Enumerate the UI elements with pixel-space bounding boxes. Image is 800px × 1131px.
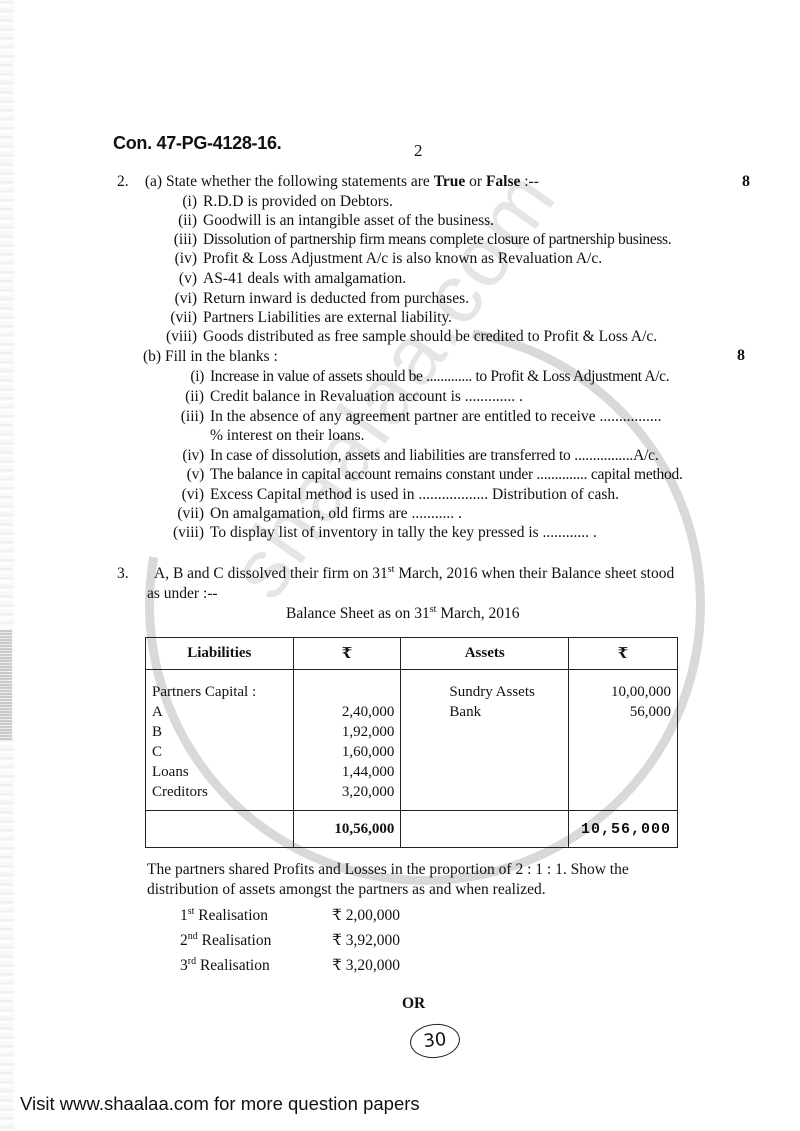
q2a-instruction: State whether the following statements a… — [166, 173, 539, 190]
q2a-label: (a) — [145, 173, 162, 190]
q2-heading: 2. (a) State whether the following state… — [117, 173, 539, 191]
list-item: (v)The balance in capital account remain… — [164, 466, 683, 484]
total-assets: 10,56,000 — [569, 811, 678, 848]
col-header-liabilities-amount: ₹ — [293, 638, 401, 670]
list-item: (viii)Goods distributed as free sample s… — [149, 328, 657, 346]
liabilities-amounts: 2,40,000 1,92,000 1,60,000 1,44,000 3,20… — [293, 670, 401, 811]
list-item: (i)R.D.D is provided on Debtors. — [149, 193, 393, 211]
list-item: (viii)To display list of inventory in ta… — [164, 524, 597, 542]
realisation-row: 3rd Realisation₹ 3,20,000 — [180, 956, 400, 975]
liabilities-names: Partners Capital : A B C Loans Creditors — [146, 670, 294, 811]
list-item: (vii)On amalgamation, old firms are ....… — [164, 505, 462, 523]
total-liabilities: 10,56,000 — [293, 811, 401, 848]
q2b-heading: (b) Fill in the blanks : — [143, 348, 278, 366]
question-number: 2. — [117, 173, 141, 191]
q3-para-line-2: distribution of assets amongst the partn… — [147, 881, 546, 899]
q3-intro-line-2: as under :-- — [147, 585, 218, 603]
scan-edge-noise — [0, 0, 14, 1131]
list-item: (vi)Return inward is deducted from purch… — [149, 290, 469, 308]
table-row: Partners Capital : A B C Loans Creditors… — [146, 670, 678, 811]
list-item: (i)Increase in value of assets should be… — [164, 368, 669, 386]
list-item: (v)AS-41 deals with amalgamation. — [149, 270, 406, 288]
list-item: (ii)Goodwill is an intangible asset of t… — [149, 212, 494, 230]
table-total-row: 10,56,000 10,56,000 — [146, 811, 678, 848]
table-header-row: Liabilities ₹ Assets ₹ — [146, 638, 678, 670]
q3-para-line-1: The partners shared Profits and Losses i… — [147, 861, 629, 879]
q2a-marks: 8 — [742, 173, 750, 191]
scan-binding-marks — [0, 630, 12, 740]
list-item-continuation: % interest on their loans. — [210, 427, 365, 445]
assets-amounts: 10,00,000 56,000 — [569, 670, 678, 811]
list-item: (iv)Profit & Loss Adjustment A/c is also… — [149, 250, 602, 268]
q2b-marks: 8 — [737, 347, 745, 365]
q2b-instruction: Fill in the blanks : — [165, 348, 278, 365]
col-header-assets-amount: ₹ — [569, 638, 678, 670]
q2b-label: (b) — [143, 348, 161, 365]
list-item: (iii)Dissolution of partnership firm mea… — [149, 231, 671, 249]
list-item: (vi)Excess Capital method is used in ...… — [164, 486, 619, 504]
balance-sheet-title: Balance Sheet as on 31st March, 2016 — [286, 605, 520, 623]
list-item: (vii)Partners Liabilities are external l… — [149, 309, 452, 327]
handwritten-marks-stamp: 30 — [408, 1021, 461, 1060]
list-item: (iv)In case of dissolution, assets and l… — [164, 447, 659, 465]
realisation-row: 1st Realisation₹ 2,00,000 — [180, 906, 400, 925]
assets-names: Sundry Assets Bank — [401, 670, 569, 811]
balance-sheet-table: Liabilities ₹ Assets ₹ Partners Capital … — [145, 637, 678, 848]
col-header-assets: Assets — [401, 638, 569, 670]
list-item: (iii)In the absence of any agreement par… — [164, 408, 661, 426]
or-divider: OR — [402, 995, 425, 1013]
q3-intro-line-1: 3.A, B and C dissolved their firm on 31s… — [117, 565, 674, 583]
question-number: 3. — [117, 565, 154, 583]
realisation-row: 2nd Realisation₹ 3,92,000 — [180, 931, 400, 950]
paper-code: Con. 47-PG-4128-16. — [113, 133, 281, 154]
col-header-liabilities: Liabilities — [146, 638, 294, 670]
footer-link-text: Visit www.shaalaa.com for more question … — [20, 1093, 420, 1115]
page-number: 2 — [414, 141, 423, 161]
list-item: (ii)Credit balance in Revaluation accoun… — [164, 388, 523, 406]
